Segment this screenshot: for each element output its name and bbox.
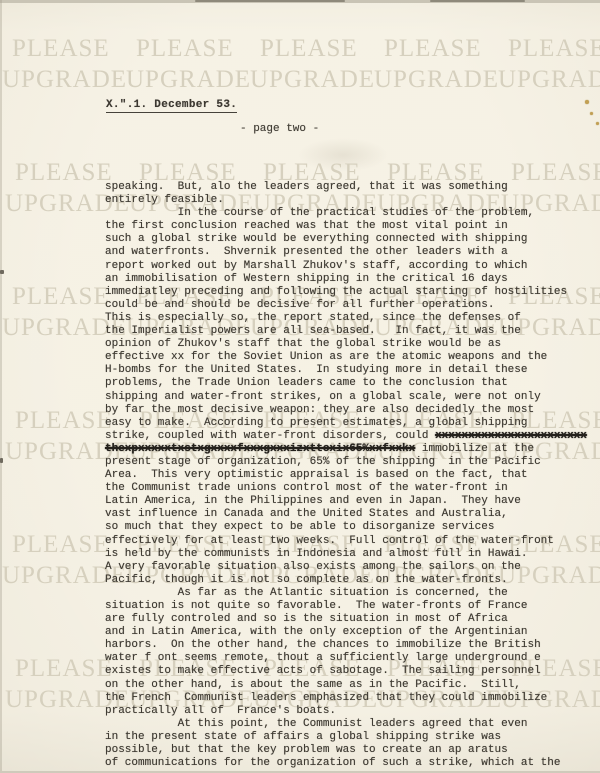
- ink-speck: [585, 100, 589, 104]
- text-line: effectively for at least two weeks. Full…: [105, 535, 600, 548]
- text-line: H-bombs for the United States. In studyi…: [105, 364, 600, 377]
- text-segment: Area. This very optimistic appraisal is …: [105, 469, 527, 481]
- text-line: In the course of the practical studies o…: [105, 207, 600, 220]
- text-line: are fully controled and so is the situat…: [105, 613, 600, 626]
- watermark-text: UPGRADE: [498, 66, 600, 94]
- text-line: the French Communist leaders emphasized …: [105, 692, 600, 705]
- text-line: easy to make. According to present estim…: [105, 417, 600, 430]
- text-segment: speaking. But, alo the leaders agreed, t…: [105, 181, 508, 193]
- text-segment: existes to make effective acts of sabota…: [105, 665, 541, 677]
- text-line: an immobilisation of Western shipping in…: [105, 273, 600, 286]
- watermark-text: PLEASE: [260, 35, 358, 63]
- document-body: speaking. But, alo the leaders agreed, t…: [105, 181, 600, 770]
- text-line: on the other hand, is about the same as …: [105, 679, 600, 692]
- text-line: Pacific, though it is not so complete as…: [105, 574, 600, 587]
- text-line: such a global strike would be everything…: [105, 233, 600, 246]
- text-segment: is held by the communists in Indonesia a…: [105, 548, 527, 560]
- text-segment: immediatley preceding and following the …: [105, 286, 567, 298]
- text-segment: the first conclusion reached was that th…: [105, 220, 508, 232]
- watermark-text: PLEASE: [15, 407, 113, 435]
- text-segment: harbors. On the other hand, the chances …: [105, 639, 541, 651]
- document-reference-heading: X.".1. December 53.: [106, 99, 237, 113]
- watermark-text: PLEASE: [12, 531, 110, 559]
- watermark-text: UPGRADE: [250, 66, 375, 94]
- text-segment: entirely feasible.: [105, 194, 224, 206]
- watermark-text: PLEASE: [15, 655, 113, 683]
- text-line: problems, the Trade Union leaders came t…: [105, 377, 600, 390]
- text-segment: present stage of organization, 65% of th…: [105, 456, 541, 468]
- text-line: As far as the Atlantic situation is conc…: [105, 587, 600, 600]
- text-segment: In the course of the practical studies o…: [105, 207, 534, 219]
- text-line: opinion of Zhukov's staff that the globa…: [105, 338, 600, 351]
- text-segment: possible, but that the key problem was t…: [105, 744, 508, 756]
- text-segment: of communications for the organization o…: [105, 757, 560, 769]
- page-number-label: - page two -: [240, 123, 319, 135]
- text-segment: A very favorable situation also exists a…: [105, 561, 521, 573]
- text-line: entirely feasible.: [105, 194, 600, 207]
- text-segment: such a global strike would be everything…: [105, 233, 527, 245]
- overstruck-text: thexpxxxxxtxstxgxxxxfxxxgxxxizxttoxix65%…: [105, 443, 415, 455]
- text-segment: the Imperialist powers are all sea-based…: [105, 325, 521, 337]
- text-line: of communications for the organization o…: [105, 757, 600, 770]
- overstruck-text: xxxxxxxxxxxxxxxxxxxxxxx: [435, 430, 587, 442]
- edge-mark: [0, 458, 3, 463]
- watermark-text: PLEASE: [12, 35, 110, 63]
- scan-smudge: [195, 0, 345, 2]
- text-segment: H-bombs for the United States. In studyi…: [105, 364, 527, 376]
- watermark-text: PLEASE: [136, 35, 234, 63]
- text-line: This is especially so, the report stated…: [105, 312, 600, 325]
- text-line: harbors. On the other hand, the chances …: [105, 639, 600, 652]
- watermark-text: PLEASE: [12, 283, 110, 311]
- text-segment: Pacific, though it is not so complete as…: [105, 574, 508, 586]
- text-line: so much that they expect to be able to d…: [105, 521, 600, 534]
- text-segment: As far as the Atlantic situation is conc…: [105, 587, 508, 599]
- text-line: speaking. But, alo the leaders agreed, t…: [105, 181, 600, 194]
- text-segment: and waterfronts. Shvernik presented the …: [105, 246, 508, 258]
- text-segment: and in Latin America, with the only exce…: [105, 626, 527, 638]
- text-line: immediatley preceding and following the …: [105, 286, 600, 299]
- text-line: water f ont seems remote, thout a suffic…: [105, 652, 600, 665]
- text-segment: shipping and water-front strikes, on a g…: [105, 391, 541, 403]
- text-segment: easy to make. According to present estim…: [105, 417, 527, 429]
- text-segment: report worked out by Marshall Zhukov's s…: [105, 260, 527, 272]
- text-line: Area. This very optimistic appraisal is …: [105, 469, 600, 482]
- text-segment: Latin America, in the Philippines and ev…: [105, 495, 521, 507]
- text-line: present stage of organization, 65% of th…: [105, 456, 600, 469]
- watermark-text: PLEASE: [384, 35, 482, 63]
- text-line: in the present state of affairs a global…: [105, 731, 600, 744]
- scan-edge-left: [0, 0, 2, 773]
- text-line: the first conclusion reached was that th…: [105, 220, 600, 233]
- text-segment: immobilize at the: [415, 443, 534, 455]
- ink-speck: [596, 122, 599, 125]
- text-segment: This is especially so, the report stated…: [105, 312, 521, 324]
- text-segment: practically all of France's boats.: [105, 705, 336, 717]
- scanned-document-page: PLEASEUPGRADEPLEASEUPGRADEPLEASEUPGRADEP…: [0, 0, 600, 773]
- text-line: and waterfronts. Shvernik presented the …: [105, 246, 600, 259]
- text-segment: are fully controled and so is the situat…: [105, 613, 508, 625]
- text-segment: in the present state of affairs a global…: [105, 731, 501, 743]
- text-line: existes to make effective acts of sabota…: [105, 665, 600, 678]
- text-line: A very favorable situation also exists a…: [105, 561, 600, 574]
- ink-speck: [590, 112, 593, 115]
- text-segment: vast influence in Canada and the United …: [105, 508, 508, 520]
- text-line: strike, coupled with water-front disorde…: [105, 430, 600, 443]
- text-segment: could be and should be decisive for all …: [105, 299, 494, 311]
- text-segment: situation is not quite so favorable. The…: [105, 600, 527, 612]
- text-line: the Imperialist powers are all sea-based…: [105, 325, 600, 338]
- text-segment: effectively for at least two weeks. Full…: [105, 535, 554, 547]
- text-segment: so much that they expect to be able to d…: [105, 521, 494, 533]
- text-line: the Communist trade unions control most …: [105, 482, 600, 495]
- watermark-text: UPGRADE: [126, 66, 251, 94]
- text-line: is held by the communists in Indonesia a…: [105, 548, 600, 561]
- text-line: by far the most decisive weapon: they ar…: [105, 404, 600, 417]
- text-segment: on the other hand, is about the same as …: [105, 679, 521, 691]
- text-segment: At this point, the Communist leaders agr…: [105, 718, 527, 730]
- text-line: could be and should be decisive for all …: [105, 299, 600, 312]
- text-segment: by far the most decisive weapon: they ar…: [105, 404, 534, 416]
- text-segment: water f ont seems remote, thout a suffic…: [105, 652, 541, 664]
- text-line: possible, but that the key problem was t…: [105, 744, 600, 757]
- text-segment: an immobilisation of Western shipping in…: [105, 273, 508, 285]
- scan-smudge: [430, 0, 525, 2]
- text-line: and in Latin America, with the only exce…: [105, 626, 600, 639]
- text-line: practically all of France's boats.: [105, 705, 600, 718]
- text-line: thexpxxxxxtxstxgxxxxfxxxgxxxizxttoxix65%…: [105, 443, 600, 456]
- text-segment: strike, coupled with water-front disorde…: [105, 430, 435, 442]
- text-line: situation is not quite so favorable. The…: [105, 600, 600, 613]
- text-line: shipping and water-front strikes, on a g…: [105, 391, 600, 404]
- text-line: vast influence in Canada and the United …: [105, 508, 600, 521]
- text-segment: effective xx for the Soviet Union as are…: [105, 351, 547, 363]
- text-segment: problems, the Trade Union leaders came t…: [105, 377, 508, 389]
- watermark-text: PLEASE: [508, 35, 600, 63]
- text-line: effective xx for the Soviet Union as are…: [105, 351, 600, 364]
- text-segment: opinion of Zhukov's staff that the globa…: [105, 338, 501, 350]
- watermark-text: UPGRADE: [2, 66, 127, 94]
- watermark-text: PLEASE: [15, 159, 113, 187]
- text-segment: the French Communist leaders emphasized …: [105, 692, 547, 704]
- text-line: Latin America, in the Philippines and ev…: [105, 495, 600, 508]
- text-line: report worked out by Marshall Zhukov's s…: [105, 260, 600, 273]
- text-segment: the Communist trade unions control most …: [105, 482, 508, 494]
- edge-mark: [0, 270, 4, 274]
- watermark-text: UPGRADE: [374, 66, 499, 94]
- text-line: At this point, the Communist leaders agr…: [105, 718, 600, 731]
